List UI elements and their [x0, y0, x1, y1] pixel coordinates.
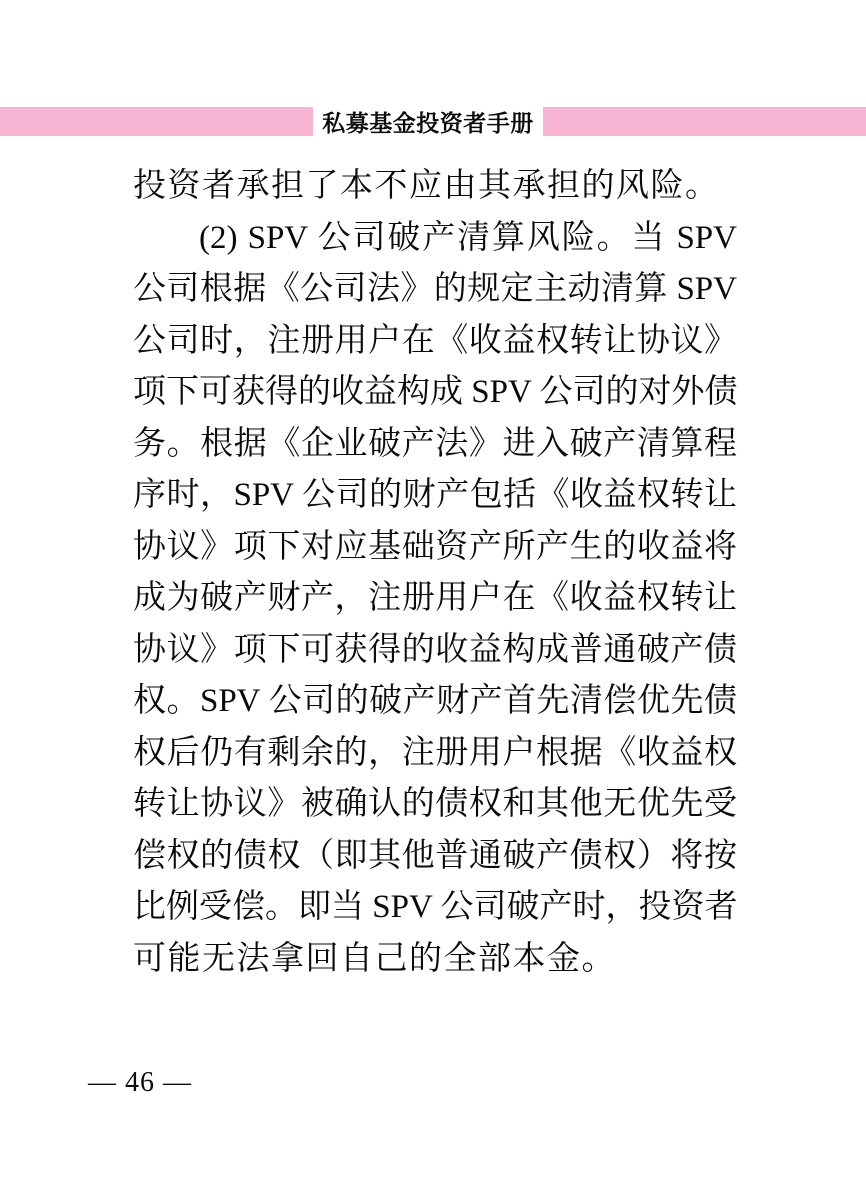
running-head: 私募基金投资者手册 [0, 107, 866, 136]
body-line: 投资者承担了本不应由其承担的风险。 [133, 161, 737, 213]
body-line: 可能无法拿回自己的全部本金。 [133, 934, 737, 986]
body-line: 权。SPV 公司的破产财产首先清偿优先债 [133, 676, 737, 728]
header-bar-right [543, 107, 866, 136]
body-text: 投资者承担了本不应由其承担的风险。 (2) SPV 公司破产清算风险。当 SPV… [133, 161, 737, 985]
body-line: 比例受偿。即当 SPV 公司破产时，投资者 [133, 882, 737, 934]
body-line: 务。根据《企业破产法》进入破产清算程 [133, 419, 737, 471]
body-line: 协议》项下可获得的收益构成普通破产债 [133, 625, 737, 677]
body-line: 成为破产财产，注册用户在《收益权转让 [133, 573, 737, 625]
body-line: (2) SPV 公司破产清算风险。当 SPV [133, 213, 737, 265]
body-line: 协议》项下对应基础资产所产生的收益将 [133, 522, 737, 574]
body-line: 项下可获得的收益构成 SPV 公司的对外债 [133, 367, 737, 419]
body-line: 权后仍有剩余的，注册用户根据《收益权 [133, 728, 737, 780]
book-page: 私募基金投资者手册 投资者承担了本不应由其承担的风险。 (2) SPV 公司破产… [0, 0, 866, 1189]
body-line: 公司根据《公司法》的规定主动清算 SPV [133, 264, 737, 316]
body-line: 公司时，注册用户在《收益权转让协议》 [133, 316, 737, 368]
body-line: 转让协议》被确认的债权和其他无优先受 [133, 779, 737, 831]
body-line: 序时，SPV 公司的财产包括《收益权转让 [133, 470, 737, 522]
body-line: 偿权的债权（即其他普通破产债权）将按 [133, 831, 737, 883]
header-bar-left [0, 107, 313, 136]
page-title: 私募基金投资者手册 [313, 107, 543, 136]
page-number: — 46 — [88, 1066, 192, 1100]
